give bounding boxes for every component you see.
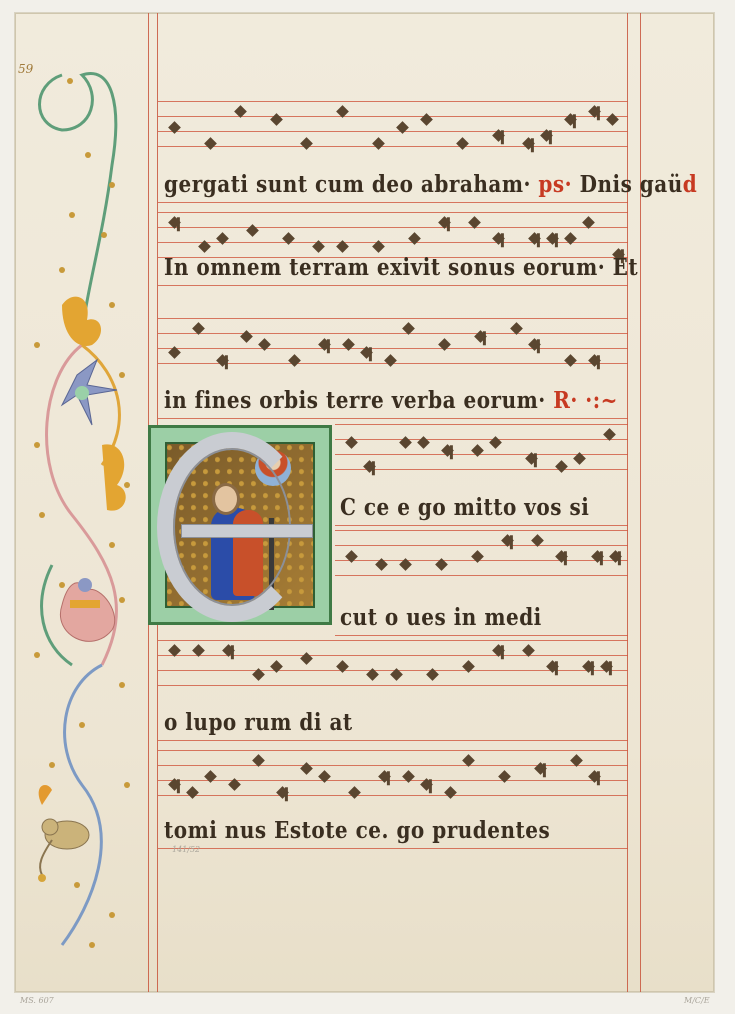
lyric-text: tomi nus Estote ce. go prudentes — [164, 816, 550, 844]
rubric-text: d — [683, 170, 697, 198]
rubric-text: R· ·:~ — [546, 386, 618, 414]
lyric-line: C ce e go mitto vos si — [340, 493, 735, 523]
gold-acanthus-icon — [62, 297, 126, 511]
lyric-text: gergati sunt cum deo abraham· — [164, 170, 538, 198]
lyric-line: in fines orbis terre verba eorum· R· ·:~ — [164, 386, 624, 416]
staff-line — [158, 116, 628, 117]
star-flower-icon — [62, 360, 117, 425]
lyric-text: In omnem terram exivit sonus eorum· — [164, 253, 605, 281]
staff-line — [158, 765, 628, 766]
lyric-text: in fines orbis terre verba eorum· — [164, 386, 546, 414]
text-ruling — [158, 285, 628, 286]
lyric-line: In omnem terram exivit sonus eorum· Et — [164, 253, 624, 283]
staff-line — [158, 131, 628, 132]
text-ruling — [158, 418, 628, 419]
pomegranate-icon — [60, 578, 114, 641]
floral-border — [22, 45, 150, 965]
staff-line — [158, 318, 628, 319]
staff-line — [158, 212, 628, 213]
lyric-text: cut o ues in medi — [340, 603, 542, 631]
staff-line — [158, 333, 628, 334]
pencil-mark: 141/52 — [172, 845, 200, 854]
staff-line — [158, 101, 628, 102]
text-ruling — [158, 740, 628, 741]
staff-line — [335, 575, 628, 576]
historiated-initial-e — [148, 425, 332, 625]
text-ruling — [335, 635, 628, 636]
staff-line — [158, 227, 628, 228]
staff-line — [158, 146, 628, 147]
lyric-line: tomi nus Estote ce. go prudentes — [164, 816, 624, 846]
staff-line — [158, 348, 628, 349]
staff-line — [335, 439, 628, 440]
text-ruling — [335, 525, 628, 526]
bottom-right-note: M/C/E — [684, 996, 710, 1005]
staff-line — [158, 795, 628, 796]
lyric-text: Dnis gaü — [580, 170, 683, 198]
monkey-icon — [38, 785, 89, 882]
gold-dots-icon — [34, 78, 130, 948]
lyric-line: o lupo rum di at — [164, 708, 624, 738]
lyric-text: C ce e go mitto vos si — [340, 493, 589, 521]
lyric-text: Et — [605, 253, 638, 281]
staff-line — [158, 640, 628, 641]
lyric-line: gergati sunt cum deo abraham· ps· Dnis g… — [164, 170, 624, 200]
text-ruling — [158, 202, 628, 203]
staff-line — [158, 685, 628, 686]
staff-line — [158, 750, 628, 751]
staff-line — [335, 469, 628, 470]
lyric-line: cut o ues in medi — [340, 603, 735, 633]
text-ruling — [158, 848, 628, 849]
staff-line — [335, 530, 628, 531]
staff-line — [158, 780, 628, 781]
letter-e-crossbar — [181, 524, 313, 538]
staff-line — [335, 545, 628, 546]
rubric-text: ps· — [538, 170, 579, 198]
bottom-left-note: MS. 607 — [20, 996, 54, 1005]
lyric-text: o lupo rum di at — [164, 708, 353, 736]
staff-line — [335, 454, 628, 455]
staff-line — [335, 424, 628, 425]
